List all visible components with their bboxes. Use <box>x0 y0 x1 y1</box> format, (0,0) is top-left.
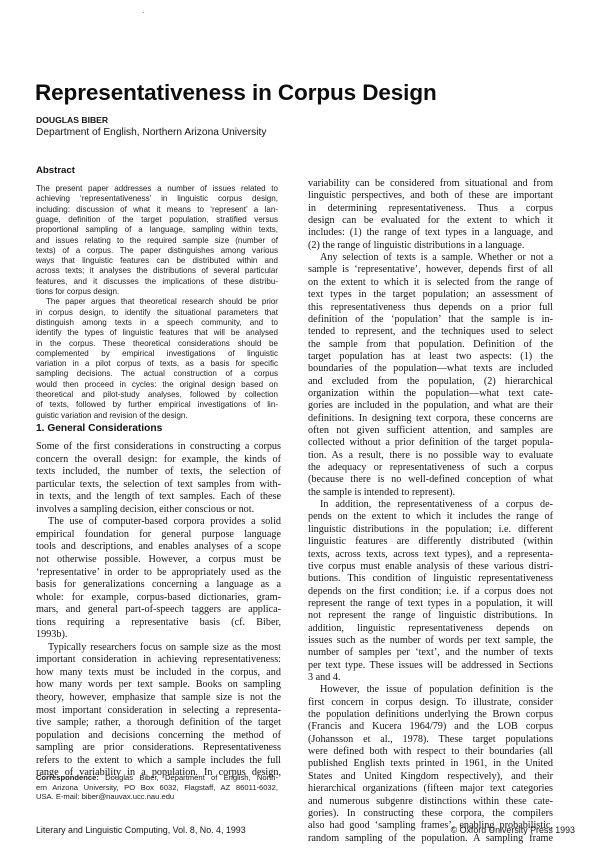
correspondence-line: Correspondence: Douglas Biber, Departmen… <box>36 773 278 783</box>
text-line: important consideration in achieving rep… <box>36 654 281 666</box>
text-line: published English texts printed in 1961,… <box>308 758 553 770</box>
text-line: how many texts must be included in the c… <box>36 667 281 679</box>
text-line: ways that linguistic features can be dis… <box>36 256 278 266</box>
text-line: variability can be considered from situa… <box>308 178 553 190</box>
text-line: whole: for example, corpus-based diction… <box>36 592 281 604</box>
copyright-notice: © Oxford University Press 1993 <box>451 825 575 835</box>
text-line: The present paper addresses a number of … <box>36 184 278 194</box>
text-line: tions requiring a representative basis (… <box>36 617 281 629</box>
text-line: guage, definition of the target populati… <box>36 215 278 225</box>
paper-title: Representativeness in Corpus Design <box>35 80 437 106</box>
text-line: number of samples per ‘text’, and the nu… <box>308 647 553 659</box>
text-line: empirical foundation for general purpose… <box>36 529 281 541</box>
text-line: variation in a pilot corpus of texts, as… <box>36 359 278 369</box>
text-line: However, the issue of population definit… <box>308 684 553 696</box>
text-line: includes: (1) the range of text types in… <box>308 227 553 239</box>
text-line: often not given sufficient attention, an… <box>308 425 553 437</box>
text-line: distinguish among texts in a speech comm… <box>36 318 278 328</box>
text-line: features, and it discusses the implicati… <box>36 277 278 287</box>
text-line: 1993b). <box>36 629 281 641</box>
text-line: involves a sampling decision, either con… <box>36 504 281 516</box>
text-line: mars, and general part-of-speech taggers… <box>36 604 281 616</box>
text-line: on the extent to which it is selected fr… <box>308 277 553 289</box>
text-line: achieving ‘representativeness’ in lingui… <box>36 194 278 204</box>
correspondence-line: ern Arizona University, PO Box 6032, Fla… <box>36 783 278 793</box>
text-line: (Johansson et al., 1978). These target p… <box>308 734 553 746</box>
author-name: DOUGLAS BIBER <box>36 115 108 125</box>
text-line: texts, across texts, across text types),… <box>308 549 553 561</box>
author-affiliation: Department of English, Northern Arizona … <box>36 127 266 138</box>
text-line: the sample from that population. Definit… <box>308 339 553 351</box>
text-line: (2) the range of linguistic distribution… <box>308 240 553 252</box>
text-line: butions. This condition of linguistic re… <box>308 573 553 585</box>
text-line: particular texts, the selection of text … <box>36 479 281 491</box>
text-line: in determining representativeness. Thus … <box>308 203 553 215</box>
text-line: 3 and 4. <box>308 672 553 684</box>
text-line: texts included, the number of texts, the… <box>36 466 281 478</box>
text-line: theoretical and pilot-study analyses, fo… <box>36 390 278 400</box>
text-line: of texts, followed by further empirical … <box>36 400 278 410</box>
text-line: population and decisions concerning the … <box>36 730 281 742</box>
text-line: this representativeness thus depends on … <box>308 302 553 314</box>
text-line: including: discussion of what it means t… <box>36 205 278 215</box>
abstract-heading: Abstract <box>36 165 75 176</box>
text-line: Any selection of texts is a sample. Whet… <box>308 252 553 264</box>
text-line: in the corpus. These theoretical conside… <box>36 339 278 349</box>
section-heading: 1. General Considerations <box>36 423 162 434</box>
journal-citation: Literary and Linguistic Computing, Vol. … <box>36 825 246 835</box>
text-line: definition of the ‘population’ that the … <box>308 314 553 326</box>
text-line: gories). In constructing these corpora, … <box>308 808 553 820</box>
text-line: tion. As a result, there is no possible … <box>308 450 553 462</box>
text-line: in corpus design, to identify the situat… <box>36 308 278 318</box>
text-line: sampling decisions. The actual construct… <box>36 369 278 379</box>
text-line: tive sample; rather, a thorough definiti… <box>36 717 281 729</box>
text-line: texts) of a corpus. The paper distinguis… <box>36 246 278 256</box>
text-line: (Francis and Kucera 1964/79) and the LOB… <box>308 721 553 733</box>
text-line: depends on the first condition; i.e. if … <box>308 586 553 598</box>
text-line: sampling are prior considerations. Repre… <box>36 742 281 754</box>
text-line: definitions. In designing text corpora, … <box>308 413 553 425</box>
text-line: gories are included in the population, a… <box>308 400 553 412</box>
text-line: complemented by empirical investigations… <box>36 349 278 359</box>
text-line: first concern in corpus design. To illus… <box>308 697 553 709</box>
text-line: tools and descriptions, and enables anal… <box>36 541 281 553</box>
text-line: organization within the population—what … <box>308 388 553 400</box>
text-line: concern the overall design: for example,… <box>36 454 281 466</box>
text-line: identify the types of linguistic feature… <box>36 328 278 338</box>
text-line: guistic variation and revision of the de… <box>36 411 278 421</box>
text-line: and numerous subgenre distinctions withi… <box>308 796 553 808</box>
text-line: per text type. These issues will be addr… <box>308 660 553 672</box>
text-line: boundaries of the population—what texts … <box>308 363 553 375</box>
scan-speck <box>143 12 144 13</box>
text-line: linguistic perspectives, and both of the… <box>308 190 553 202</box>
text-line: issues such as the number of words per t… <box>308 635 553 647</box>
text-line: the sample is intended to represent). <box>308 487 553 499</box>
text-line: addition, linguistic representativeness … <box>308 623 553 635</box>
text-line: the adequacy or representativeness of su… <box>308 462 553 474</box>
text-line: how many words per text sample. Books on… <box>36 679 281 691</box>
text-line: in texts, and the length of text samples… <box>36 491 281 503</box>
text-line: not otherwise possible. However, a corpu… <box>36 554 281 566</box>
text-line: The use of computer-based corpora provid… <box>36 516 281 528</box>
text-line: tended to represent, and the techniques … <box>308 326 553 338</box>
text-line: (because there is no well-defined concep… <box>308 474 553 486</box>
text-line: sample is ‘representative’, however, dep… <box>308 264 553 276</box>
text-line: not represent the range of linguistic di… <box>308 610 553 622</box>
text-line: refers to the extent to which a sample i… <box>36 755 281 767</box>
text-line: linguistic features are differently dist… <box>308 536 553 548</box>
text-line: linguistic distributions in the populati… <box>308 524 553 536</box>
text-line: theory, however, emphasize that sample s… <box>36 692 281 704</box>
text-line: text types in the target population; an … <box>308 289 553 301</box>
text-line: hierarchical organizations (fifteen majo… <box>308 783 553 795</box>
text-line: States and United Kingdom respectively),… <box>308 771 553 783</box>
text-line: basis for generalizations concerning a l… <box>36 579 281 591</box>
text-line: most important consideration in selectin… <box>36 705 281 717</box>
text-line: pends on the extent to which it includes… <box>308 511 553 523</box>
correspondence-email[interactable]: USA. E-mail: biber@nauvax.ucc.nau.edu <box>36 792 278 802</box>
text-line: tive corpus must enable analysis of thes… <box>308 561 553 573</box>
text-line: The paper argues that theoretical resear… <box>36 297 278 307</box>
text-line: Some of the first considerations in cons… <box>36 441 281 453</box>
text-line: and issues relating to the required samp… <box>36 236 278 246</box>
text-line: and excluded from the population, (2) hi… <box>308 376 553 388</box>
text-line: would then proceed in cycles: the origin… <box>36 380 278 390</box>
text-line: target population has at least two aspec… <box>308 351 553 363</box>
text-line: collected without a prior definition of … <box>308 437 553 449</box>
text-line: across texts; it analyses the distributi… <box>36 266 278 276</box>
text-line: the population definitions underlying th… <box>308 709 553 721</box>
text-line: Typically researchers focus on sample si… <box>36 642 281 654</box>
text-line: tions for corpus design. <box>36 287 278 297</box>
correspondence-label: Correspondence: <box>36 773 99 782</box>
text-line: proportional sampling of a language, sam… <box>36 225 278 235</box>
text-line: were defined both with respect to their … <box>308 746 553 758</box>
text-line: design can be evaluated for the extent t… <box>308 215 553 227</box>
text-line: represent the range of text types in a p… <box>308 598 553 610</box>
text-line: ‘representative’ in order to be appropri… <box>36 567 281 579</box>
text-line: In addition, the representativeness of a… <box>308 499 553 511</box>
